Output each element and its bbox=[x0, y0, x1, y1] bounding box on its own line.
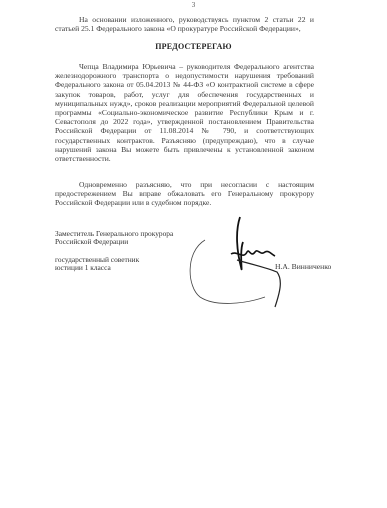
handwritten-signature bbox=[165, 212, 290, 312]
document-heading: ПРЕДОСТЕРЕГАЮ bbox=[0, 42, 387, 51]
signatory-rank: государственный советник юстиции 1 класс… bbox=[55, 256, 139, 272]
position-line-2: Российской Федерации bbox=[55, 238, 173, 246]
intro-paragraph: На основании изложенного, руководствуясь… bbox=[55, 15, 314, 33]
main-paragraph: Чепца Владимира Юрьевича – руководителя … bbox=[55, 62, 314, 163]
signer-name: Н.А. Винниченко bbox=[275, 262, 331, 271]
rank-line-2: юстиции 1 класса bbox=[55, 264, 139, 272]
appeal-paragraph: Одновременно разъясняю, что при несоглас… bbox=[55, 180, 314, 208]
page-number: 3 bbox=[0, 1, 387, 9]
signatory-position: Заместитель Генерального прокурора Росси… bbox=[55, 230, 173, 246]
